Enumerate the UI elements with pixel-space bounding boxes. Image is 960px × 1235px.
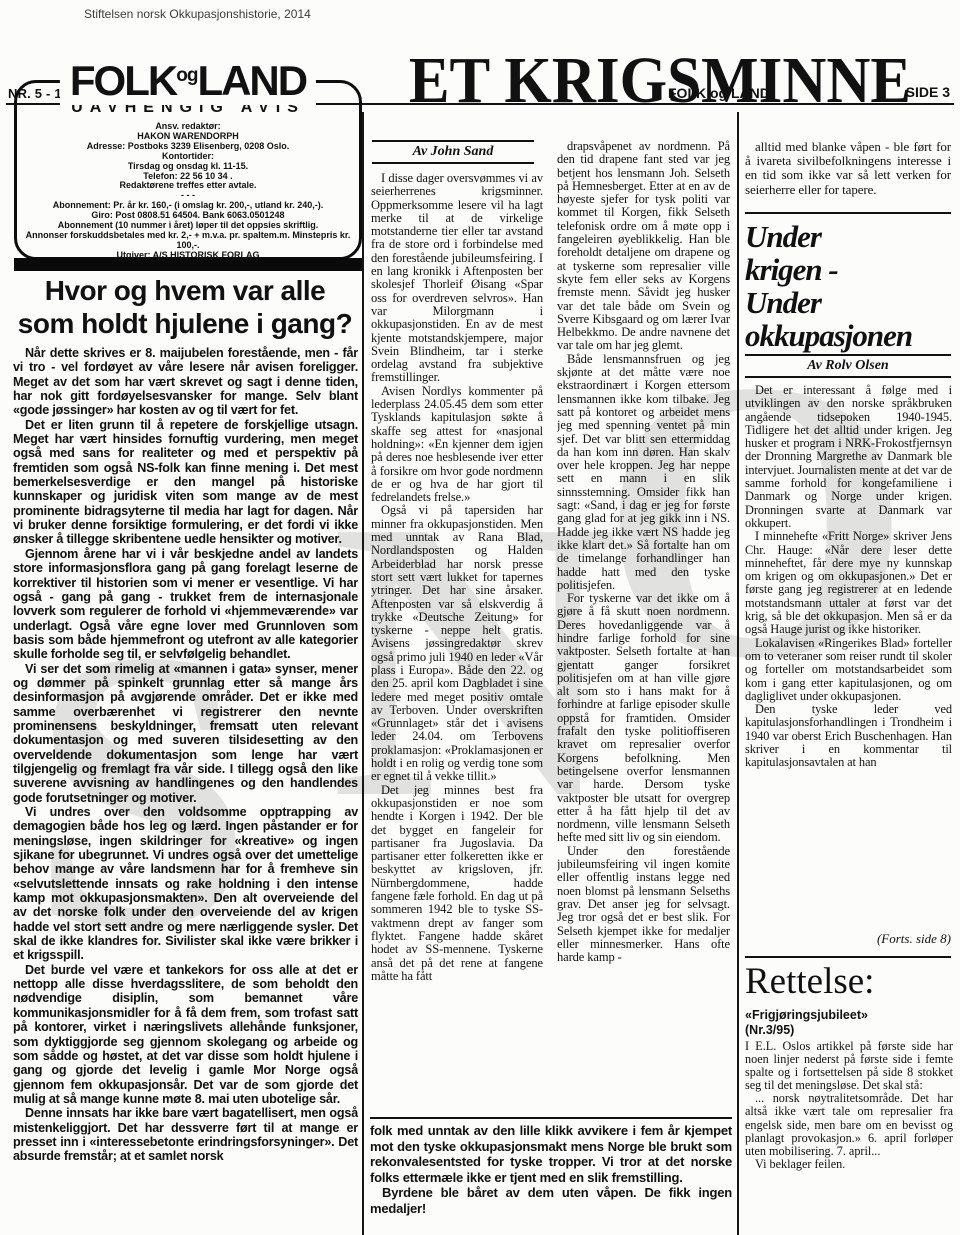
column-divider bbox=[362, 112, 364, 1235]
paragraph: Vi undres over den voldsomme opptrapping… bbox=[13, 805, 358, 963]
headline-line: Hvor og hvem var alle bbox=[10, 274, 360, 307]
paragraph: Vi ser det som rimelig at «mannen i gata… bbox=[13, 662, 358, 805]
headline-line: Under bbox=[745, 286, 957, 319]
archive-stamp: Stiftelsen norsk Okkupasjonshistorie, 20… bbox=[84, 7, 311, 21]
correction-body: I E.L. Oslos artikkel på første side har… bbox=[745, 1040, 953, 1232]
headline-line: krigen - bbox=[745, 253, 957, 286]
paragraph: Under den forestående jubileumsfeiring v… bbox=[557, 845, 730, 965]
paragraph: folk med unntak av den lille klikk avvik… bbox=[370, 1123, 732, 1185]
logo-part-folk: FOLK bbox=[70, 57, 176, 104]
main-article-column-1: I disse dager oversvømmes vi av seierher… bbox=[371, 172, 543, 1114]
paragraph: Det er interessant å følge med i utvikli… bbox=[745, 384, 952, 530]
masthead-details: Ansv. redaktør: HAKON WARENDORPH Adresse… bbox=[17, 122, 359, 271]
logo-part-og: og bbox=[176, 65, 197, 86]
paragraph: I minnehefte «Fritt Norge» skriver Jens … bbox=[745, 530, 952, 636]
paragraph: drapsvåpenet av nordmenn. På den tid dra… bbox=[557, 140, 730, 353]
paragraph: Avisen Nordlys kommenter på lederplass 2… bbox=[371, 385, 543, 505]
paragraph: Lokalavisen «Ringerikes Blad» forteller … bbox=[745, 637, 952, 703]
paragraph: For tyskerne var det ikke om å gjøre å f… bbox=[557, 592, 730, 845]
headline-line: okkupasjonen bbox=[745, 319, 957, 352]
paragraph: Det jeg minnes best fra okkupasjonstiden… bbox=[371, 784, 543, 983]
headline-line: som holdt hjulene i gang? bbox=[10, 307, 360, 340]
correction-reference: «Frigjøringsjubileet» bbox=[745, 1008, 868, 1022]
paragraph: Det er liten grunn til å repetere de for… bbox=[13, 418, 358, 547]
correction-reference: (Nr.3/95) bbox=[745, 1023, 794, 1037]
correction-closing: Vi beklager feilen. bbox=[745, 1158, 953, 1171]
paragraph: Denne innsats har ikke bare vært bagatel… bbox=[13, 1106, 358, 1163]
paragraph: Både lensmannsfruen og jeg skjønte at de… bbox=[557, 353, 730, 592]
sidebar-body: Det er interessant å følge med i utvikli… bbox=[745, 384, 952, 930]
continuation-note: (Forts. side 8) bbox=[745, 931, 951, 947]
left-article-body: Når dette skrives er 8. maijubelen fores… bbox=[13, 346, 358, 1234]
paragraph: Også vi på tapersiden har minner fra okk… bbox=[371, 504, 543, 783]
headline-line: Under bbox=[745, 220, 957, 253]
left-article-headline: Hvor og hvem var alle som holdt hjulene … bbox=[10, 274, 360, 340]
masthead-box: FOLKogLAND UAVHENGIG AVIS Ansv. redaktør… bbox=[14, 80, 362, 260]
newspaper-logo: FOLKogLAND bbox=[60, 57, 316, 105]
correction-headline: Rettelse: bbox=[745, 962, 874, 1002]
column-divider bbox=[737, 112, 739, 1235]
paragraph: I disse dager oversvømmes vi av seierher… bbox=[371, 172, 543, 385]
logo-part-land: LAND bbox=[197, 57, 306, 104]
sidebar-headline: Under krigen - Under okkupasjonen bbox=[745, 220, 957, 352]
main-article-column-2: drapsvåpenet av nordmenn. På den tid dra… bbox=[557, 140, 730, 1114]
closing-rule bbox=[370, 1117, 732, 1119]
paragraph: alltid med blanke våpen - ble ført for å… bbox=[745, 140, 951, 197]
main-article-headline: ET KRIGSMINNE bbox=[366, 48, 954, 114]
newspaper-page: S N O Stiftelsen norsk Okkupasjonshistor… bbox=[0, 0, 960, 1235]
paragraph: ... norsk nøytralitetsområde. Det har al… bbox=[745, 1092, 953, 1157]
paragraph: Den tyske leder ved kapitulasjonsforhand… bbox=[745, 703, 952, 769]
paragraph: Gjennom årene har vi i vår beskjedne and… bbox=[13, 547, 358, 662]
main-article-column-3: alltid med blanke våpen - ble ført for å… bbox=[745, 140, 951, 210]
paragraph: Det burde vel være et tankekors for oss … bbox=[13, 963, 358, 1106]
byline-rolv-olsen: Av Rolv Olsen bbox=[745, 354, 951, 378]
paragraph: Byrdene ble båret av dem uten våpen. De … bbox=[370, 1185, 732, 1216]
masthead-line: Annonser forskuddsbetales med kr. 2,- + … bbox=[17, 231, 359, 251]
main-article-closing: folk med unntak av den lille klikk avvik… bbox=[370, 1123, 732, 1233]
byline-john-sand: Av John Sand bbox=[372, 140, 534, 164]
masthead-bottom-bar bbox=[14, 258, 362, 271]
paragraph: I E.L. Oslos artikkel på første side har… bbox=[745, 1040, 953, 1092]
sidebar-top-rule bbox=[745, 212, 951, 214]
paragraph: Når dette skrives er 8. maijubelen fores… bbox=[13, 346, 358, 418]
sidebar-mid-rule bbox=[745, 956, 951, 958]
